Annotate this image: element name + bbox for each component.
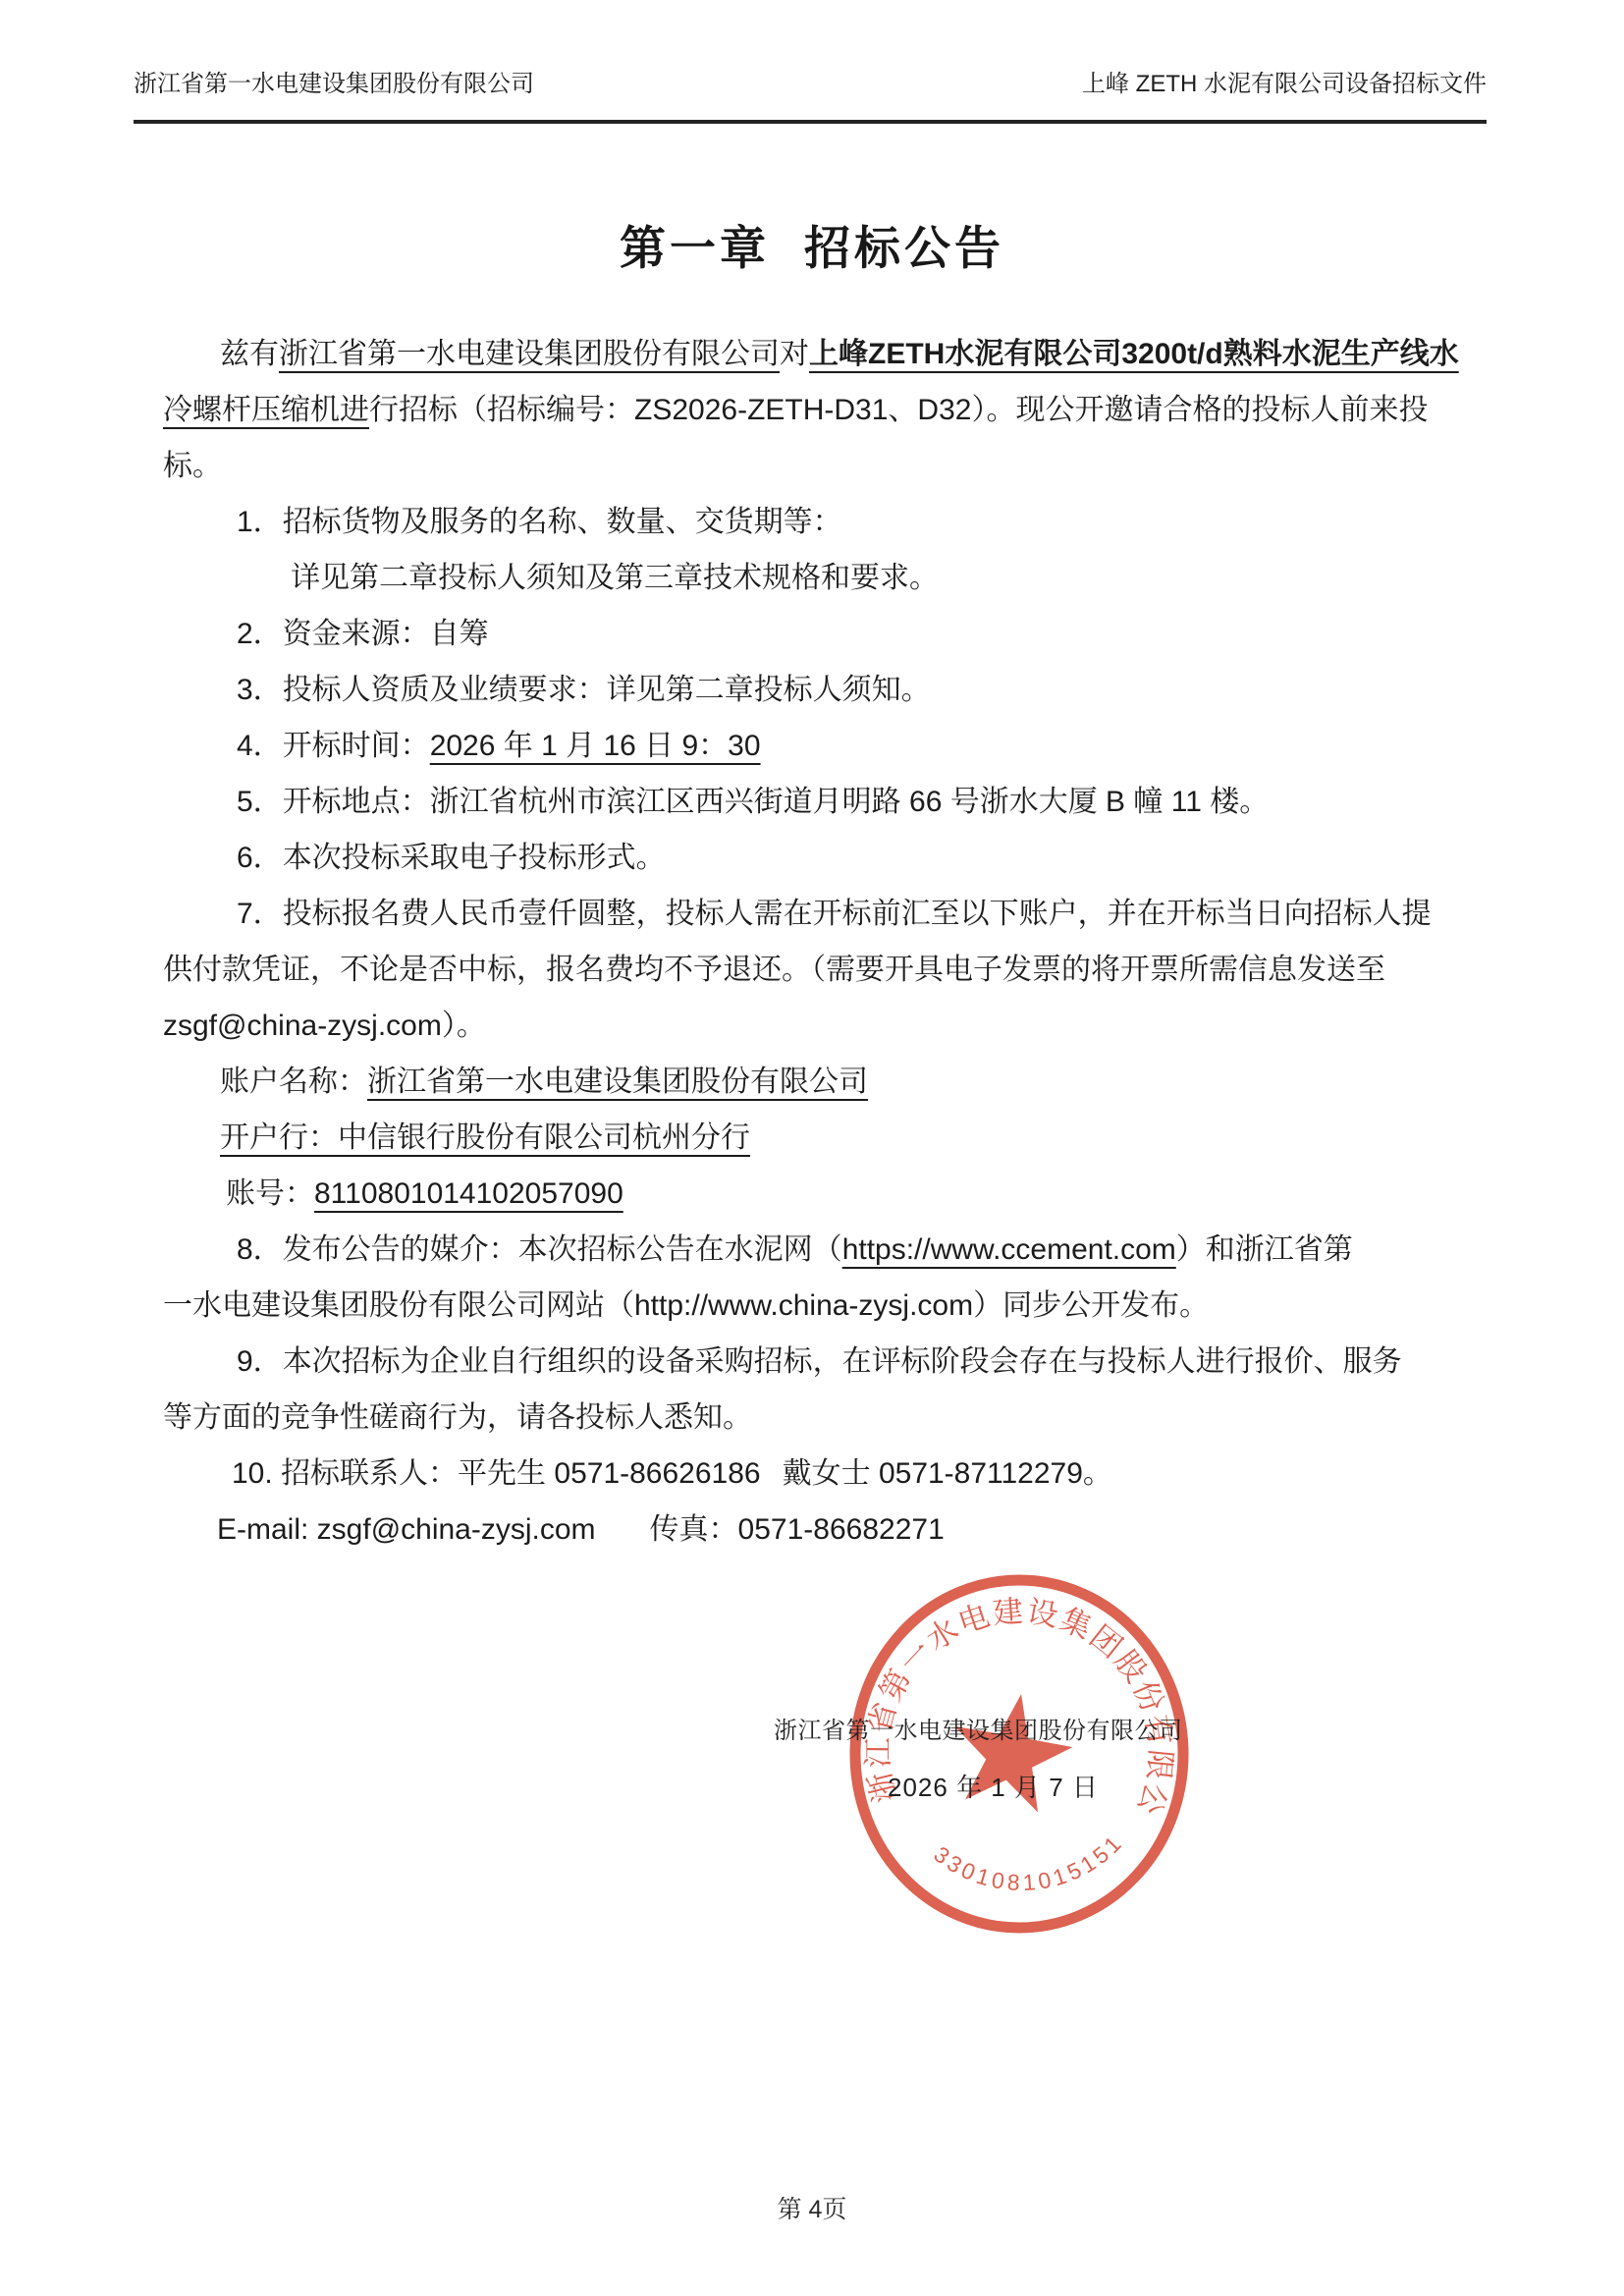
account-number-line: 账号：8110801014102057090	[163, 1166, 1475, 1222]
ccement-url: https://www.ccement.com	[842, 1233, 1176, 1266]
item-number: 5．	[237, 786, 283, 818]
page-header: 浙江省第一水电建设集团股份有限公司 上峰 ZETH 水泥有限公司设备招标文件	[134, 71, 1487, 124]
item-number: 1．	[237, 506, 283, 538]
header-right-doc-title: 上峰 ZETH 水泥有限公司设备招标文件	[1082, 71, 1487, 98]
contact-person-2: 戴女士 0571-87112279。	[783, 1457, 1112, 1490]
project-name-part2: 冷螺杆压缩机进	[163, 394, 369, 426]
item-number: 9．	[237, 1345, 283, 1378]
registration-email: zsgf@china-zysj.com）。	[163, 1010, 486, 1042]
contact-email: E-mail: zsgf@china-zysj.com	[217, 1513, 596, 1546]
bank-line: 开户行：中信银行股份有限公司杭州分行	[163, 1110, 1475, 1166]
list-item-1: 1．招标货物及服务的名称、数量、交货期等：	[163, 494, 1475, 550]
contact-person-1: 招标联系人：平先生 0571-86626186	[281, 1457, 761, 1490]
item-number: 4．	[237, 730, 283, 762]
list-item-3: 3．投标人资质及业绩要求：详见第二章投标人须知。	[163, 662, 1475, 718]
bid-opening-time-value: 2026 年 1 月 16 日 9：30	[430, 730, 761, 762]
document-page: 浙江省第一水电建设集团股份有限公司 上峰 ZETH 水泥有限公司设备招标文件 第…	[0, 0, 1624, 2296]
header-left-company: 浙江省第一水电建设集团股份有限公司	[134, 71, 534, 98]
contact-fax: 传真：0571-86682271	[650, 1513, 945, 1546]
item-number: 3．	[237, 674, 283, 706]
bid-opening-time-label: 开标时间：	[283, 730, 430, 762]
list-item-2: 2．资金来源：自筹	[163, 606, 1475, 662]
intro-prefix: 兹有	[220, 338, 279, 370]
list-item-10: 10. 招标联系人：平先生 0571-86626186戴女士 0571-8711…	[163, 1446, 1475, 1502]
intro-tail: 标。	[163, 450, 222, 482]
company-seal-stamp: 浙江省第一水电建设集团股份有限公司 33010810151512	[840, 1569, 1200, 1937]
list-item-6: 6．本次投标采取电子投标形式。	[163, 830, 1475, 886]
intro-paragraph: 兹有浙江省第一水电建设集团股份有限公司对上峰ZETH水泥有限公司3200t/d熟…	[163, 326, 1475, 494]
list-item-7: 7．投标报名费人民币壹仟圆整，投标人需在开标前汇至以下账户，并在开标当日向招标人…	[163, 886, 1475, 1054]
document-body: 兹有浙江省第一水电建设集团股份有限公司对上峰ZETH水泥有限公司3200t/d熟…	[163, 326, 1475, 1558]
list-item-8: 8．发布公告的媒介：本次招标公告在水泥网（https://www.ccement…	[163, 1222, 1475, 1334]
company-website-line: 一水电建设集团股份有限公司网站（http://www.china-zysj.co…	[163, 1289, 1209, 1322]
list-item-4: 4．开标时间：2026 年 1 月 16 日 9：30	[163, 718, 1475, 774]
list-item-1-detail: 详见第二章投标人须知及第三章技术规格和要求。	[163, 550, 1475, 606]
signature-company: 浙江省第一水电建设集团股份有限公司	[774, 1711, 1183, 1745]
account-number-label: 账号：	[226, 1177, 314, 1210]
signature-date: 2026 年 1 月 7 日	[888, 1768, 1099, 1804]
bid-opening-place: 开标地点：浙江省杭州市滨江区西兴街道月明路 66 号浙水大厦 B 幢 11 楼。	[283, 786, 1270, 818]
item-number: 6．	[237, 842, 283, 874]
list-item-5: 5．开标地点：浙江省杭州市滨江区西兴街道月明路 66 号浙水大厦 B 幢 11 …	[163, 774, 1475, 830]
item-number: 7．	[237, 898, 283, 930]
intro-connector: 对	[780, 338, 809, 370]
item-number: 2．	[237, 618, 283, 650]
item-number: 8．	[237, 1233, 283, 1266]
bank-name: 开户行：中信银行股份有限公司杭州分行	[220, 1121, 750, 1154]
account-name-label: 账户名称：	[220, 1066, 367, 1098]
intro-rest: 行招标（招标编号：ZS2026-ZETH-D31、D32）。现公开邀请合格的投标…	[369, 394, 1428, 426]
account-name-line: 账户名称：浙江省第一水电建设集团股份有限公司	[163, 1054, 1475, 1110]
email-fax-line: E-mail: zsgf@china-zysj.com传真：0571-86682…	[163, 1502, 1475, 1558]
page-number: 第 4页	[0, 2190, 1624, 2225]
tenderer-name: 浙江省第一水电建设集团股份有限公司	[279, 338, 780, 370]
project-name-part1: 上峰ZETH水泥有限公司3200t/d熟料水泥生产线水	[809, 338, 1459, 370]
page-title: 第一章 招标公告	[0, 212, 1624, 278]
list-item-9: 9．本次招标为企业自行组织的设备采购招标，在评标阶段会存在与投标人进行报价、服务…	[163, 1334, 1475, 1446]
account-number-value: 8110801014102057090	[314, 1177, 623, 1210]
account-name-value: 浙江省第一水电建设集团股份有限公司	[367, 1066, 868, 1098]
item-number: 10.	[232, 1457, 273, 1490]
